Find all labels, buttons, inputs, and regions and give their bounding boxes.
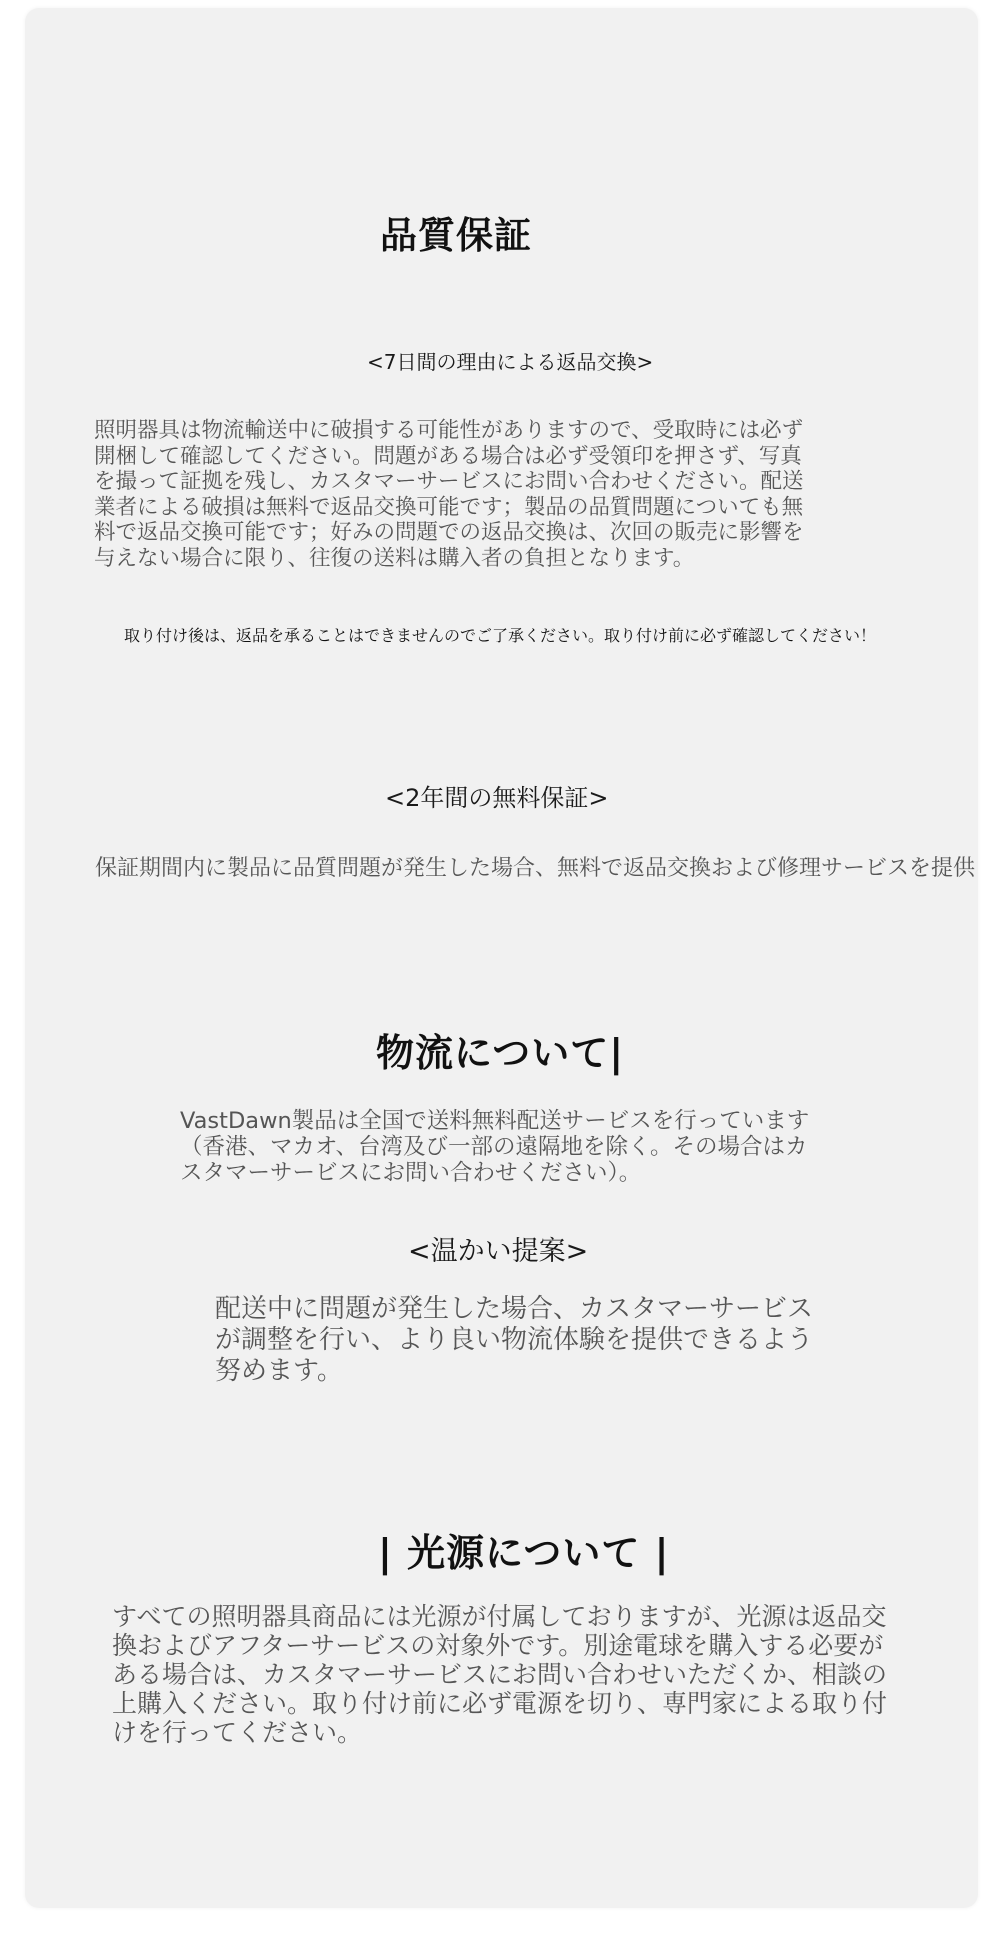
warranty-body: 保証期間内に製品に品質問題が発生した場合、無料で返品交換および修理サービスを提供	[95, 851, 975, 882]
logistics-body: VastDawn製品は全国で送料無料配送サービスを行っています（香港、マカオ、台…	[180, 1108, 820, 1186]
quality-title: 品質保証	[380, 205, 532, 259]
light-source-body: すべての照明器具商品には光源が付属しておりますが、光源は返品交換およびアフターサ…	[112, 1602, 902, 1747]
logistics-title: 物流について|	[376, 1022, 624, 1077]
return-exchange-body: 照明器具は物流輸送中に破損する可能性がありますので、受取時には必ず開梱して確認し…	[94, 418, 810, 571]
return-exchange-note: 取り付け後は、返品を承ることはできませんのでご了承ください。取り付け前に必ず確認…	[124, 623, 876, 646]
return-exchange-heading: <7日間の理由による返品交換>	[367, 346, 653, 375]
warranty-heading: <2年間の無料保証>	[385, 778, 609, 813]
light-source-title: | 光源について |	[378, 1522, 669, 1577]
warm-tip-body: 配送中に問題が発生した場合、カスタマーサービスが調整を行い、より良い物流体験を提…	[215, 1294, 815, 1387]
warm-tip-heading: <温かい提案>	[408, 1229, 588, 1268]
